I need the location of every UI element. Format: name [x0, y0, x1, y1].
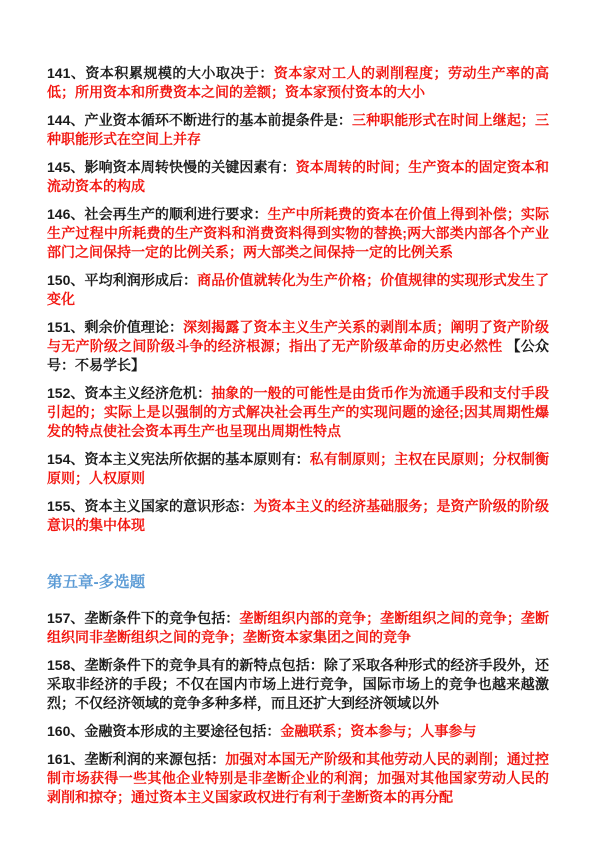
- qa-item-158: 158、垄断条件下的竞争具有的新特点包括：除了采取各种形式的经济手段外，还采取非…: [47, 656, 549, 713]
- question-text: 141、资本积累规模的大小取决于：: [47, 65, 274, 81]
- qa-item-155: 155、资本主义国家的意识形态：为资本主义的经济基础服务；是资产阶级的阶级意识的…: [47, 497, 549, 535]
- question-text: 151、剩余价值理论：: [47, 319, 183, 335]
- answer-text: 金融联系；资本参与；人事参与: [280, 723, 476, 739]
- question-text: 145、影响资本周转快慢的关键因素有：: [47, 159, 296, 175]
- document-page: 141、资本积累规模的大小取决于：资本家对工人的剥削程度；劳动生产率的高低；所用…: [0, 0, 596, 842]
- chapter-heading: 第五章-多选题: [47, 573, 549, 593]
- qa-item-152: 152、资本主义经济危机：抽象的一般的可能性是由货币作为流通手段和支付手段引起的…: [47, 384, 549, 441]
- qa-item-160: 160、金融资本形成的主要途径包括：金融联系；资本参与；人事参与: [47, 722, 549, 741]
- qa-item-161: 161、垄断利润的来源包括：加强对本国无产阶级和其他劳动人民的剥削；通过控制市场…: [47, 750, 549, 807]
- qa-item-150: 150、平均利润形成后：商品价值就转化为生产价格；价值规律的实现形式发生了变化: [47, 271, 549, 309]
- qa-item-146: 146、社会再生产的顺利进行要求：生产中所耗费的资本在价值上得到补偿；实际生产过…: [47, 205, 549, 262]
- question-text: 157、垄断条件下的竞争包括：: [47, 610, 239, 626]
- qa-item-154: 154、资本主义宪法所依据的基本原则有：私有制原则；主权在民原则；分权制衡原则；…: [47, 450, 549, 488]
- question-text: 161、垄断利润的来源包括：: [47, 751, 225, 767]
- question-text: 146、社会再生产的顺利进行要求：: [47, 206, 268, 222]
- question-text: 154、资本主义宪法所依据的基本原则有：: [47, 451, 310, 467]
- qa-item-145: 145、影响资本周转快慢的关键因素有：资本周转的时间；生产资本的固定资本和流动资…: [47, 158, 549, 196]
- question-text: 152、资本主义经济危机：: [47, 385, 211, 401]
- qa-item-141: 141、资本积累规模的大小取决于：资本家对工人的剥削程度；劳动生产率的高低；所用…: [47, 64, 549, 102]
- qa-item-157: 157、垄断条件下的竞争包括：垄断组织内部的竞争；垄断组织之间的竞争；垄断组织同…: [47, 609, 549, 647]
- qa-item-151: 151、剩余价值理论：深刻揭露了资本主义生产关系的剥削本质；阐明了资产阶级与无产…: [47, 318, 549, 375]
- question-text: 155、资本主义国家的意识形态：: [47, 498, 253, 514]
- qa-item-144: 144、产业资本循环不断进行的基本前提条件是：三种职能形式在时间上继起；三种职能…: [47, 111, 549, 149]
- question-text: 150、平均利润形成后：: [47, 272, 197, 288]
- question-text: 158、垄断条件下的竞争具有的新特点包括：除了采取各种形式的经济手段外，还采取非…: [47, 657, 549, 711]
- question-text: 160、金融资本形成的主要途径包括：: [47, 723, 280, 739]
- question-text: 144、产业资本循环不断进行的基本前提条件是：: [47, 112, 352, 128]
